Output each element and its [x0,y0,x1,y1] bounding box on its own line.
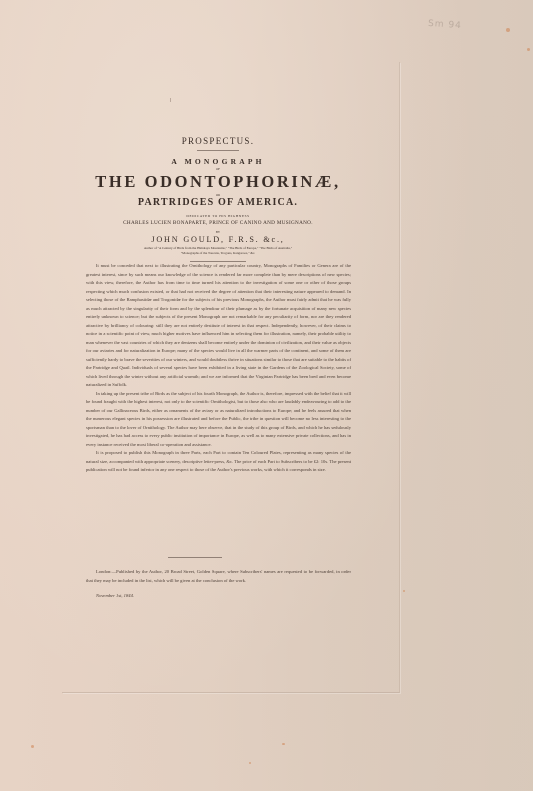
prospectus-heading: PROSPECTUS. [86,136,350,146]
title-block: PROSPECTUS. A MONOGRAPH OF THE ODONTOPHO… [86,136,350,266]
body-paragraph-2: In taking up the present tribe of Birds … [86,390,351,450]
body-paragraph-3: It is proposed to publish this Monograph… [86,449,351,475]
paper-speck [170,98,171,102]
divider-rule [197,150,239,151]
foxing-spot [249,762,251,764]
author-works-line-2: "Monographs of the Toucans, Trogons, Kan… [86,251,350,256]
of-word: OF [86,167,350,171]
subtitle: PARTRIDGES OF AMERICA. [86,197,350,208]
publisher-note: London:—Published by the Author, 20 Broa… [86,568,351,585]
dedication-line: DEDICATED TO HIS HIGHNESS [86,214,350,218]
foxing-spot [31,745,34,748]
foxing-spot [506,28,510,32]
prospectus-body: It must be conceded that next to illustr… [86,262,351,475]
body-paragraph-1: It must be conceded that next to illustr… [86,262,351,390]
foxing-spot [527,48,530,51]
monograph-line: A MONOGRAPH [86,157,350,166]
foxing-spot [282,743,285,745]
divider-rule [168,557,222,558]
by-word: BY [86,230,350,234]
author-works: Author of "A Century of Birds from the H… [86,246,350,256]
foxing-spot [403,590,405,592]
patron-name: CHARLES LUCIEN BONAPARTE, PRINCE OF CANI… [86,220,350,226]
author-name: JOHN GOULD, F.R.S. &c., [86,235,350,244]
publication-date: November 1st, 1844. [96,593,134,598]
main-title: THE ODONTOPHORINÆ, [86,172,350,192]
